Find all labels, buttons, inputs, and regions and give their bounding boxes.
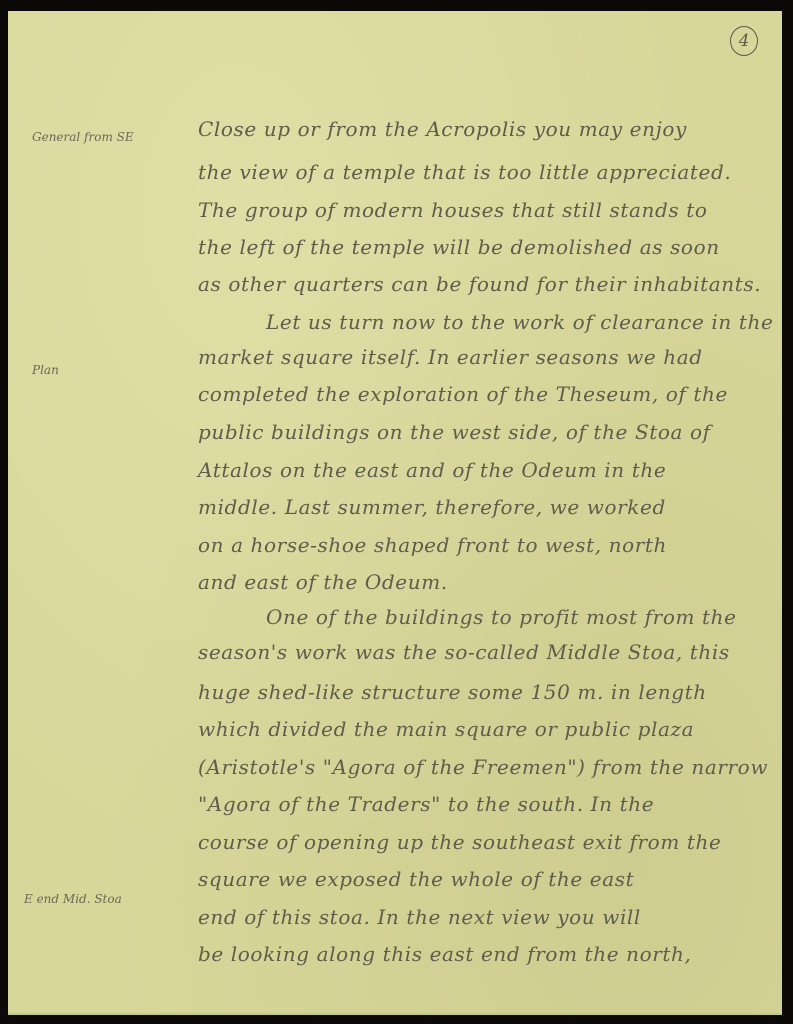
text-line-23: be looking along this east end from the … (198, 942, 691, 966)
text-line-20: course of opening up the southeast exit … (198, 830, 721, 854)
text-line-21: square we exposed the whole of the east (198, 867, 634, 891)
text-line-9: public buildings on the west side, of th… (198, 420, 711, 444)
text-line-13: and east of the Odeum. (198, 570, 448, 594)
text-line-1: Close up or from the Acropolis you may e… (198, 117, 687, 141)
text-line-15: season's work was the so-called Middle S… (198, 640, 730, 664)
text-line-5: as other quarters can be found for their… (198, 272, 761, 296)
text-line-14-paragraph-start: One of the buildings to profit most from… (266, 605, 737, 629)
text-line-22: end of this stoa. In the next view you w… (198, 905, 641, 929)
margin-note-general-from-se: General from SE (32, 130, 134, 144)
text-line-18: (Aristotle's "Agora of the Freemen") fro… (198, 755, 768, 779)
text-line-11: middle. Last summer, therefore, we worke… (198, 495, 666, 519)
text-line-7: market square itself. In earlier seasons… (198, 345, 703, 369)
text-line-8: completed the exploration of the Theseum… (198, 382, 728, 406)
margin-note-e-end-mid-stoa: E end Mid. Stoa (24, 892, 122, 906)
text-line-6-paragraph-start: Let us turn now to the work of clearance… (266, 310, 773, 334)
margin-note-plan: Plan (32, 363, 59, 377)
text-line-12: on a horse-shoe shaped front to west, no… (198, 533, 667, 557)
text-line-16: huge shed-like structure some 150 m. in … (198, 680, 707, 704)
page-number-circled: 4 (730, 26, 758, 56)
text-line-17: which divided the main square or public … (198, 717, 694, 741)
text-line-2: the view of a temple that is too little … (198, 160, 731, 184)
text-line-4: the left of the temple will be demolishe… (198, 235, 720, 259)
text-line-3: The group of modern houses that still st… (198, 198, 708, 222)
manuscript-page: 4 General from SE Plan E end Mid. Stoa C… (8, 11, 782, 1015)
text-line-10: Attalos on the east and of the Odeum in … (198, 458, 666, 482)
text-line-19: "Agora of the Traders" to the south. In … (198, 792, 654, 816)
